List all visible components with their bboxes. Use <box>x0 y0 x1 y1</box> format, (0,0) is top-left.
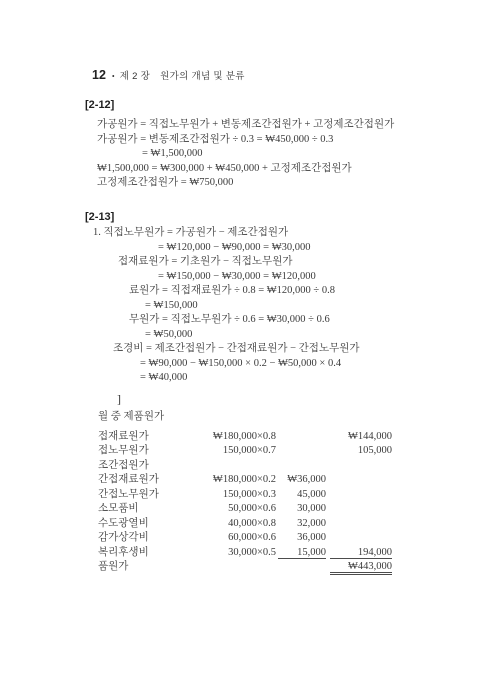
formula-line: 접재료원가 = 기초원가 − 직접노무원가 <box>85 255 360 270</box>
table-row: 수도광열비 40,000×0.8 32,000 <box>98 515 392 530</box>
formula-line: ₩1,500,000 = ₩300,000 + ₩450,000 + 고정제조간… <box>85 162 394 177</box>
formula-line: = ₩150,000 − ₩30,000 = ₩120,000 <box>85 270 360 285</box>
problem-2-13-section: [2-13] 1. 직접노무원가 = 가공원가 − 제조간접원가 = ₩120,… <box>85 211 360 386</box>
table-row: 감가상각비 60,000×0.6 36,000 <box>98 529 392 544</box>
formula-line: 고정제조간접원가 = ₩750,000 <box>85 176 394 191</box>
problem-2-12-solution: 가공원가 = 직접노무원가 + 변동제조간접원가 + 고정제조간접원가 가공원가… <box>85 118 394 191</box>
row-label: 수도광열비 <box>98 515 190 530</box>
row-label: 간접재료원가 <box>98 471 190 486</box>
row-label: 접재료원가 <box>98 428 190 443</box>
calc-expression: ₩180,000×0.2 <box>190 474 276 485</box>
total: 105,000 <box>330 445 392 456</box>
amount: ₩36,000 <box>278 474 326 485</box>
problem-2-12-label: [2-12] <box>85 99 394 111</box>
table-row: 간접재료원가 ₩180,000×0.2 ₩36,000 <box>98 471 392 486</box>
formula-line: = ₩50,000 <box>85 328 360 343</box>
formula-line: = ₩150,000 <box>85 299 360 314</box>
formula-line: 무원가 = 직접노무원가 ÷ 0.6 = ₩30,000 ÷ 0.6 <box>85 313 360 328</box>
formula-line: = ₩1,500,000 <box>85 147 394 162</box>
calc-expression: 40,000×0.8 <box>190 518 276 529</box>
amount: 15,000 <box>278 547 326 559</box>
formula-line: = ₩40,000 <box>85 371 360 386</box>
row-label: 조간접원가 <box>98 457 190 472</box>
table-row: 간접노무원가 150,000×0.3 45,000 <box>98 486 392 501</box>
calc-expression: 60,000×0.6 <box>190 532 276 543</box>
row-label: 복리후생비 <box>98 544 190 559</box>
total: ₩144,000 <box>330 431 392 442</box>
table-row: 소모품비 50,000×0.6 30,000 <box>98 500 392 515</box>
table-row: 복리후생비 30,000×0.5 15,000 194,000 <box>98 544 392 559</box>
formula-line: 가공원가 = 변동제조간접원가 ÷ 0.3 = ₩450,000 ÷ 0.3 <box>85 133 394 148</box>
row-label: 간접노무원가 <box>98 486 190 501</box>
table-row: 접재료원가 ₩180,000×0.8 ₩144,000 <box>98 428 392 443</box>
product-cost-table: 월 중 제품원가 접재료원가 ₩180,000×0.8 ₩144,000 접노무… <box>98 410 392 573</box>
page-number: 12 <box>92 68 106 82</box>
calc-expression: 50,000×0.6 <box>190 503 276 514</box>
amount: 30,000 <box>278 503 326 514</box>
calc-expression: 150,000×0.3 <box>190 489 276 500</box>
amount: 32,000 <box>278 518 326 529</box>
chapter-label: 제 2 장 <box>120 68 150 82</box>
document-page: 12 • 제 2 장 원가의 개념 및 분류 [2-12] 가공원가 = 직접노… <box>0 0 500 675</box>
formula-line: = ₩90,000 − ₩150,000 × 0.2 − ₩50,000 × 0… <box>85 357 360 372</box>
table-row: 접노무원가 150,000×0.7 105,000 <box>98 442 392 457</box>
amount: 45,000 <box>278 489 326 500</box>
chapter-title: 원가의 개념 및 분류 <box>160 68 245 82</box>
header-separator-dot: • <box>112 72 115 81</box>
calc-expression: 30,000×0.5 <box>190 547 276 558</box>
formula-line: = ₩120,000 − ₩90,000 = ₩30,000 <box>85 241 360 256</box>
formula-line: 조경비 = 제조간접원가 − 간접재료원가 − 간접노무원가 <box>85 342 360 357</box>
table-row: 품원가 ₩443,000 <box>98 558 392 573</box>
calc-expression: 150,000×0.7 <box>190 445 276 456</box>
amount: 36,000 <box>278 532 326 543</box>
table-row: 조간접원가 <box>98 457 392 472</box>
row-label: 품원가 <box>98 558 190 573</box>
problem-2-12-section: [2-12] 가공원가 = 직접노무원가 + 변동제조간접원가 + 고정제조간접… <box>85 99 394 191</box>
row-label: 소모품비 <box>98 500 190 515</box>
table-heading: 월 중 제품원가 <box>98 410 392 425</box>
stray-bracket: ] <box>117 392 121 407</box>
row-label: 접노무원가 <box>98 442 190 457</box>
problem-2-13-solution: 1. 직접노무원가 = 가공원가 − 제조간접원가 = ₩120,000 − ₩… <box>85 226 360 386</box>
formula-line: 가공원가 = 직접노무원가 + 변동제조간접원가 + 고정제조간접원가 <box>85 118 394 133</box>
problem-2-13-label: [2-13] <box>85 211 360 223</box>
calc-expression: ₩180,000×0.8 <box>190 431 276 442</box>
formula-line: 1. 직접노무원가 = 가공원가 − 제조간접원가 <box>85 226 360 241</box>
formula-line: 료원가 = 직접재료원가 ÷ 0.8 = ₩120,000 ÷ 0.8 <box>85 284 360 299</box>
row-label: 감가상각비 <box>98 529 190 544</box>
total: ₩443,000 <box>330 561 392 575</box>
total: 194,000 <box>330 547 392 559</box>
running-head: 12 • 제 2 장 원가의 개념 및 분류 <box>92 68 245 82</box>
